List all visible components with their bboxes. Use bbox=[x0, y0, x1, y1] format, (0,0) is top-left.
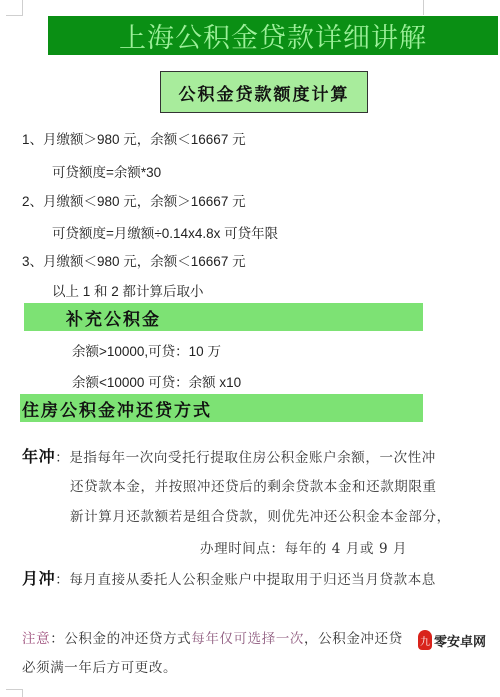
watermark-text: 零安卓网 bbox=[434, 631, 486, 650]
annual-text-1: 是指每年一次向受托行提取住房公积金账户余额，一次性冲 bbox=[69, 450, 436, 466]
supplement-line-1: 余额>10000,可贷：10 万 bbox=[72, 340, 221, 360]
note-line-1: 注意：公积金的冲还贷方式每年仅可选择一次，公积金冲还贷 bbox=[22, 627, 403, 647]
note-highlight: 每年仅可选择一次 bbox=[191, 631, 304, 647]
annual-line-3: 新计算月还款额若是组合贷款，则优先冲还公积金本金部分， bbox=[70, 505, 451, 525]
annual-line-1: 年冲：是指每年一次向受托行提取住房公积金账户余额，一次性冲 bbox=[22, 444, 436, 467]
note-label: 注意 bbox=[22, 631, 50, 647]
rule-1-condition: 1、月缴额＞980 元，余额＜16667 元 bbox=[22, 128, 246, 148]
rule-3-condition: 3、月缴额＜980 元，余额＜16667 元 bbox=[22, 250, 246, 270]
note-line-2: 必须满一年后方可更改。 bbox=[22, 656, 177, 676]
annual-label: 年冲 bbox=[22, 447, 55, 466]
margin-mark bbox=[423, 0, 424, 15]
annual-time: 办理时间点：每年的 4 月或 9 月 bbox=[200, 537, 407, 557]
repayment-heading-bar: 住房公积金冲还贷方式 bbox=[20, 394, 423, 422]
supplement-line-2: 余额<10000 可贷：余额 x10 bbox=[72, 371, 241, 391]
watermark-logo-icon: 九 bbox=[418, 630, 432, 650]
page-title: 上海公积金贷款详细讲解 bbox=[119, 16, 427, 55]
crop-mark bbox=[6, 689, 23, 697]
calc-heading-box: 公积金贷款额度计算 bbox=[160, 71, 368, 113]
annual-line-2: 还贷款本金，并按照冲还贷后的剩余贷款本金和还款期限重 bbox=[70, 475, 437, 495]
monthly-line: 月冲：每月直接从委托人公积金账户中提取用于归还当月贷款本息 bbox=[22, 566, 436, 589]
crop-mark bbox=[6, 0, 23, 16]
calc-heading: 公积金贷款额度计算 bbox=[179, 80, 350, 105]
title-banner: 上海公积金贷款详细讲解 bbox=[48, 16, 498, 55]
monthly-text: 每月直接从委托人公积金账户中提取用于归还当月贷款本息 bbox=[69, 572, 436, 588]
monthly-label: 月冲 bbox=[22, 569, 55, 588]
rule-1-formula: 可贷额度=余额*30 bbox=[52, 161, 161, 181]
supplement-heading: 补充公积金 bbox=[66, 305, 161, 330]
rule-2-formula: 可贷额度=月缴额÷0.14x4.8x 可贷年限 bbox=[52, 222, 278, 242]
rule-3-formula: 以上 1 和 2 都计算后取小 bbox=[52, 280, 204, 300]
repayment-heading: 住房公积金冲还贷方式 bbox=[22, 396, 212, 421]
supplement-heading-bar: 补充公积金 bbox=[24, 303, 423, 331]
watermark: 九 零安卓网 bbox=[418, 630, 486, 650]
rule-2-condition: 2、月缴额＜980 元，余额＞16667 元 bbox=[22, 190, 246, 210]
